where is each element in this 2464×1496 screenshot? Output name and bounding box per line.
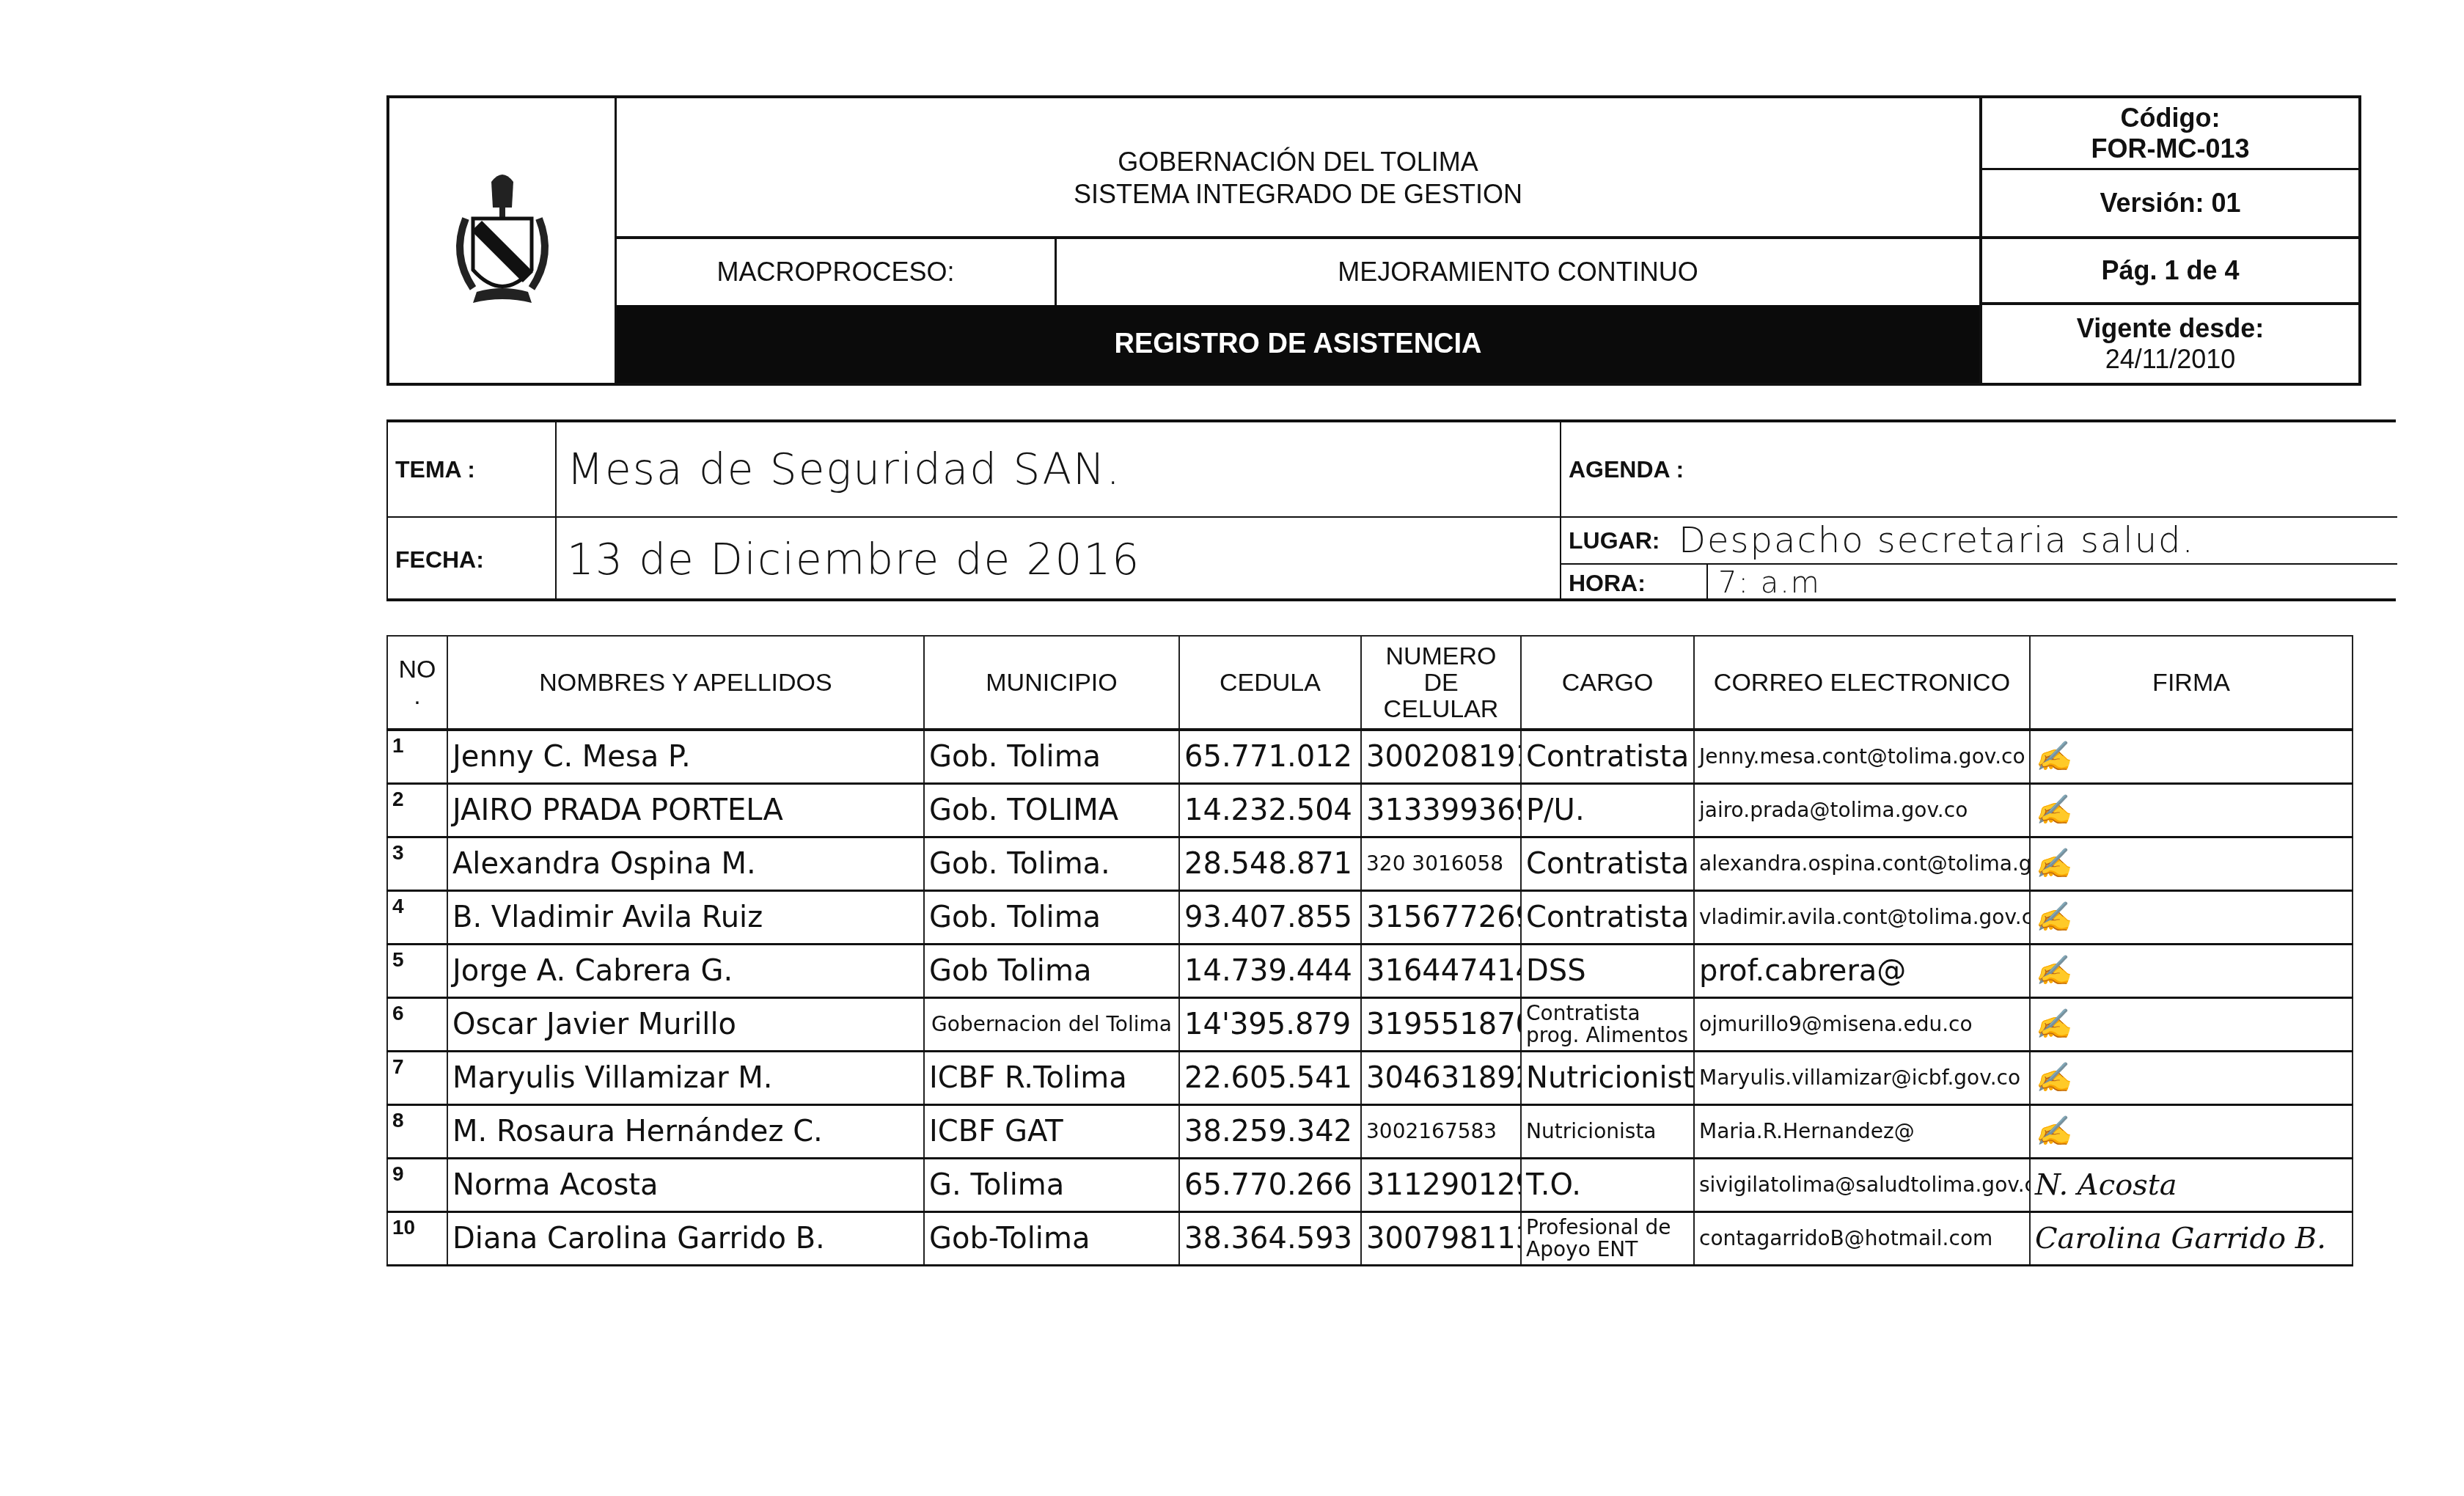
page-number: Pág. 1 de 4 <box>2101 255 2239 286</box>
correo-cell[interactable]: sivigilatolima@saludtolima.gov.co <box>1694 1158 2030 1211</box>
municipio-cell[interactable]: ICBF GAT <box>924 1104 1179 1158</box>
nombre-cell[interactable]: Jorge A. Cabrera G. <box>447 944 924 997</box>
signature-icon: ✍ <box>2035 793 2072 827</box>
agenda-field[interactable] <box>1781 422 2397 518</box>
row-number: 3 <box>387 837 447 890</box>
attendance-table: NO . NOMBRES Y APELLIDOS MUNICIPIO CEDUL… <box>386 635 2353 1266</box>
signature-icon: ✍ <box>2035 1115 2072 1148</box>
meeting-info: TEMA : Mesa de Seguridad SAN. AGENDA : F… <box>386 419 2396 601</box>
firma-cell[interactable]: ✍ <box>2030 730 2353 783</box>
municipio-cell[interactable]: Gobernacion del Tolima <box>924 997 1179 1051</box>
firma-cell[interactable]: ✍ <box>2030 783 2353 837</box>
org-title: GOBERNACIÓN DEL TOLIMA SISTEMA INTEGRADO… <box>617 98 1979 239</box>
celular-cell[interactable]: 3164474144 <box>1361 944 1521 997</box>
cedula-cell[interactable]: 14.232.504 <box>1179 783 1361 837</box>
cargo-cell[interactable]: Profesional de Apoyo ENT <box>1521 1211 1694 1265</box>
municipio-cell[interactable]: Gob-Tolima <box>924 1211 1179 1265</box>
correo-cell[interactable]: prof.cabrera@ <box>1694 944 2030 997</box>
version-cell: Versión: 01 <box>1979 170 2358 239</box>
cargo-cell[interactable]: Contratista <box>1521 837 1694 890</box>
row-number: 6 <box>387 997 447 1051</box>
col-header-no: NO . <box>387 636 447 730</box>
row-number: 4 <box>387 890 447 944</box>
macroproceso-value: MEJORAMIENTO CONTINUO <box>1057 239 1979 305</box>
row-number: 10 <box>387 1211 447 1265</box>
cedula-cell[interactable]: 14.739.444 <box>1179 944 1361 997</box>
firma-cell[interactable]: ✍ <box>2030 890 2353 944</box>
row-number: 5 <box>387 944 447 997</box>
cedula-cell[interactable]: 65.771.012 <box>1179 730 1361 783</box>
form-header: GOBERNACIÓN DEL TOLIMA SISTEMA INTEGRADO… <box>386 95 2361 386</box>
nombre-cell[interactable]: Diana Carolina Garrido B. <box>447 1211 924 1265</box>
correo-cell[interactable]: Maria.R.Hernandez@ <box>1694 1104 2030 1158</box>
lugar-label: LUGAR: <box>1561 518 1679 565</box>
system-name: SISTEMA INTEGRADO DE GESTION <box>1074 178 1522 210</box>
firma-cell[interactable]: N. Acosta <box>2030 1158 2353 1211</box>
signature-icon: ✍ <box>2035 954 2072 988</box>
firma-cell[interactable]: ✍ <box>2030 837 2353 890</box>
cargo-cell[interactable]: Contratista <box>1521 890 1694 944</box>
celular-cell[interactable]: 3156772692 <box>1361 890 1521 944</box>
nombre-cell[interactable]: Alexandra Ospina M. <box>447 837 924 890</box>
table-row: 6 Oscar Javier Murillo Gobernacion del T… <box>387 997 2353 1051</box>
hora-field[interactable]: 7: a.m <box>1708 565 2397 601</box>
celular-cell[interactable]: 3133993699 <box>1361 783 1521 837</box>
codigo-cell: Código: FOR-MC-013 <box>1979 98 2358 170</box>
firma-cell[interactable]: ✍ <box>2030 944 2353 997</box>
cedula-cell[interactable]: 22.605.541 <box>1179 1051 1361 1104</box>
nombre-cell[interactable]: B. Vladimir Avila Ruiz <box>447 890 924 944</box>
cedula-cell[interactable]: 38.259.342 <box>1179 1104 1361 1158</box>
nombre-cell[interactable]: Oscar Javier Murillo <box>447 997 924 1051</box>
nombre-cell[interactable]: JAIRO PRADA PORTELA <box>447 783 924 837</box>
col-header-cedula: CEDULA <box>1179 636 1361 730</box>
org-name: GOBERNACIÓN DEL TOLIMA <box>1118 146 1478 178</box>
municipio-cell[interactable]: Gob. Tolima <box>924 730 1179 783</box>
tema-field[interactable]: Mesa de Seguridad SAN. <box>557 422 1561 518</box>
vigente-value: 24/11/2010 <box>2105 344 2236 375</box>
table-row: 3 Alexandra Ospina M. Gob. Tolima. 28.54… <box>387 837 2353 890</box>
tema-label: TEMA : <box>388 422 557 518</box>
municipio-cell[interactable]: Gob. Tolima <box>924 890 1179 944</box>
celular-cell[interactable]: 3007981136 <box>1361 1211 1521 1265</box>
cargo-cell[interactable]: P/U. <box>1521 783 1694 837</box>
col-header-celular: NUMERO DE CELULAR <box>1361 636 1521 730</box>
cedula-cell[interactable]: 65.770.266 <box>1179 1158 1361 1211</box>
col-header-correo: CORREO ELECTRONICO <box>1694 636 2030 730</box>
col-header-firma: FIRMA <box>2030 636 2353 730</box>
correo-cell[interactable]: alexandra.ospina.cont@tolima.gov.co <box>1694 837 2030 890</box>
logo-cell <box>389 98 617 383</box>
hora-label: HORA: <box>1561 565 1708 601</box>
signature-icon: ✍ <box>2035 901 2072 934</box>
celular-cell[interactable]: 3002167583 <box>1361 1104 1521 1158</box>
row-number: 9 <box>387 1158 447 1211</box>
correo-cell[interactable]: ojmurillo9@misena.edu.co <box>1694 997 2030 1051</box>
table-row: 8 M. Rosaura Hernández C. ICBF GAT 38.25… <box>387 1104 2353 1158</box>
nombre-cell[interactable]: Jenny C. Mesa P. <box>447 730 924 783</box>
cargo-cell[interactable]: DSS <box>1521 944 1694 997</box>
table-row: 1 Jenny C. Mesa P. Gob. Tolima 65.771.01… <box>387 730 2353 783</box>
correo-cell[interactable]: jairo.prada@tolima.gov.co <box>1694 783 2030 837</box>
agenda-label: AGENDA : <box>1561 422 1781 518</box>
lugar-field[interactable]: Despacho secretaria salud. <box>1679 518 2397 565</box>
table-row: 5 Jorge A. Cabrera G. Gob Tolima 14.739.… <box>387 944 2353 997</box>
page-cell: Pág. 1 de 4 <box>1979 239 2358 305</box>
tolima-coat-of-arms-icon <box>436 167 568 314</box>
municipio-cell[interactable]: Gob. Tolima. <box>924 837 1179 890</box>
nombre-cell[interactable]: Maryulis Villamizar M. <box>447 1051 924 1104</box>
version-value: Versión: 01 <box>2100 188 2240 219</box>
cargo-cell[interactable]: Nutricionista <box>1521 1104 1694 1158</box>
firma-cell[interactable]: Carolina Garrido B. <box>2030 1211 2353 1265</box>
cargo-cell[interactable]: Contratista prog. Alimentos <box>1521 997 1694 1051</box>
table-row: 10 Diana Carolina Garrido B. Gob-Tolima … <box>387 1211 2353 1265</box>
col-header-nombres: NOMBRES Y APELLIDOS <box>447 636 924 730</box>
nombre-cell[interactable]: M. Rosaura Hernández C. <box>447 1104 924 1158</box>
correo-cell[interactable]: Jenny.mesa.cont@tolima.gov.co <box>1694 730 2030 783</box>
row-number: 2 <box>387 783 447 837</box>
fecha-field[interactable]: 13 de Diciembre de 2016 <box>557 518 1561 601</box>
signature-icon: ✍ <box>2035 1061 2072 1095</box>
row-number: 1 <box>387 730 447 783</box>
row-number: 8 <box>387 1104 447 1158</box>
cargo-cell[interactable]: Nutricionista <box>1521 1051 1694 1104</box>
celular-cell[interactable]: 3002081910 <box>1361 730 1521 783</box>
fecha-label: FECHA: <box>388 518 557 601</box>
correo-cell[interactable]: contagarridoB@hotmail.com <box>1694 1211 2030 1265</box>
table-row: 7 Maryulis Villamizar M. ICBF R.Tolima 2… <box>387 1051 2353 1104</box>
cedula-cell[interactable]: 93.407.855 <box>1179 890 1361 944</box>
correo-cell[interactable]: vladimir.avila.cont@tolima.gov.co <box>1694 890 2030 944</box>
celular-cell[interactable]: 3046318924 <box>1361 1051 1521 1104</box>
cargo-cell[interactable]: T.O. <box>1521 1158 1694 1211</box>
macroproceso-label: MACROPROCESO: <box>617 239 1057 305</box>
municipio-cell[interactable]: G. Tolima <box>924 1158 1179 1211</box>
codigo-value: FOR-MC-013 <box>2091 133 2249 164</box>
firma-cell[interactable]: ✍ <box>2030 1051 2353 1104</box>
table-row: 4 B. Vladimir Avila Ruiz Gob. Tolima 93.… <box>387 890 2353 944</box>
celular-cell[interactable]: 320 3016058 <box>1361 837 1521 890</box>
col-header-cargo: CARGO <box>1521 636 1694 730</box>
municipio-cell[interactable]: Gob. TOLIMA <box>924 783 1179 837</box>
municipio-cell[interactable]: Gob Tolima <box>924 944 1179 997</box>
celular-cell[interactable]: 3112901292 <box>1361 1158 1521 1211</box>
cedula-cell[interactable]: 38.364.593 <box>1179 1211 1361 1265</box>
form-title: REGISTRO DE ASISTENCIA <box>617 305 1979 383</box>
cedula-cell[interactable]: 14'395.879 <box>1179 997 1361 1051</box>
correo-cell[interactable]: Maryulis.villamizar@icbf.gov.co <box>1694 1051 2030 1104</box>
row-number: 7 <box>387 1051 447 1104</box>
cedula-cell[interactable]: 28.548.871 <box>1179 837 1361 890</box>
table-row: 2 JAIRO PRADA PORTELA Gob. TOLIMA 14.232… <box>387 783 2353 837</box>
signature-icon: ✍ <box>2035 1008 2072 1041</box>
table-header-row: NO . NOMBRES Y APELLIDOS MUNICIPIO CEDUL… <box>387 636 2353 730</box>
celular-cell[interactable]: 3195518706 <box>1361 997 1521 1051</box>
nombre-cell[interactable]: Norma Acosta <box>447 1158 924 1211</box>
cargo-cell[interactable]: Contratista <box>1521 730 1694 783</box>
signature-icon: ✍ <box>2035 847 2072 881</box>
vigente-label: Vigente desde: <box>2077 313 2264 344</box>
municipio-cell[interactable]: ICBF R.Tolima <box>924 1051 1179 1104</box>
vigente-cell: Vigente desde: 24/11/2010 <box>1979 305 2358 383</box>
firma-cell[interactable]: ✍ <box>2030 997 2353 1051</box>
firma-cell[interactable]: ✍ <box>2030 1104 2353 1158</box>
table-row: 9 Norma Acosta G. Tolima 65.770.266 3112… <box>387 1158 2353 1211</box>
signature-icon: ✍ <box>2035 740 2072 774</box>
col-header-municipio: MUNICIPIO <box>924 636 1179 730</box>
codigo-label: Código: <box>2121 103 2221 133</box>
